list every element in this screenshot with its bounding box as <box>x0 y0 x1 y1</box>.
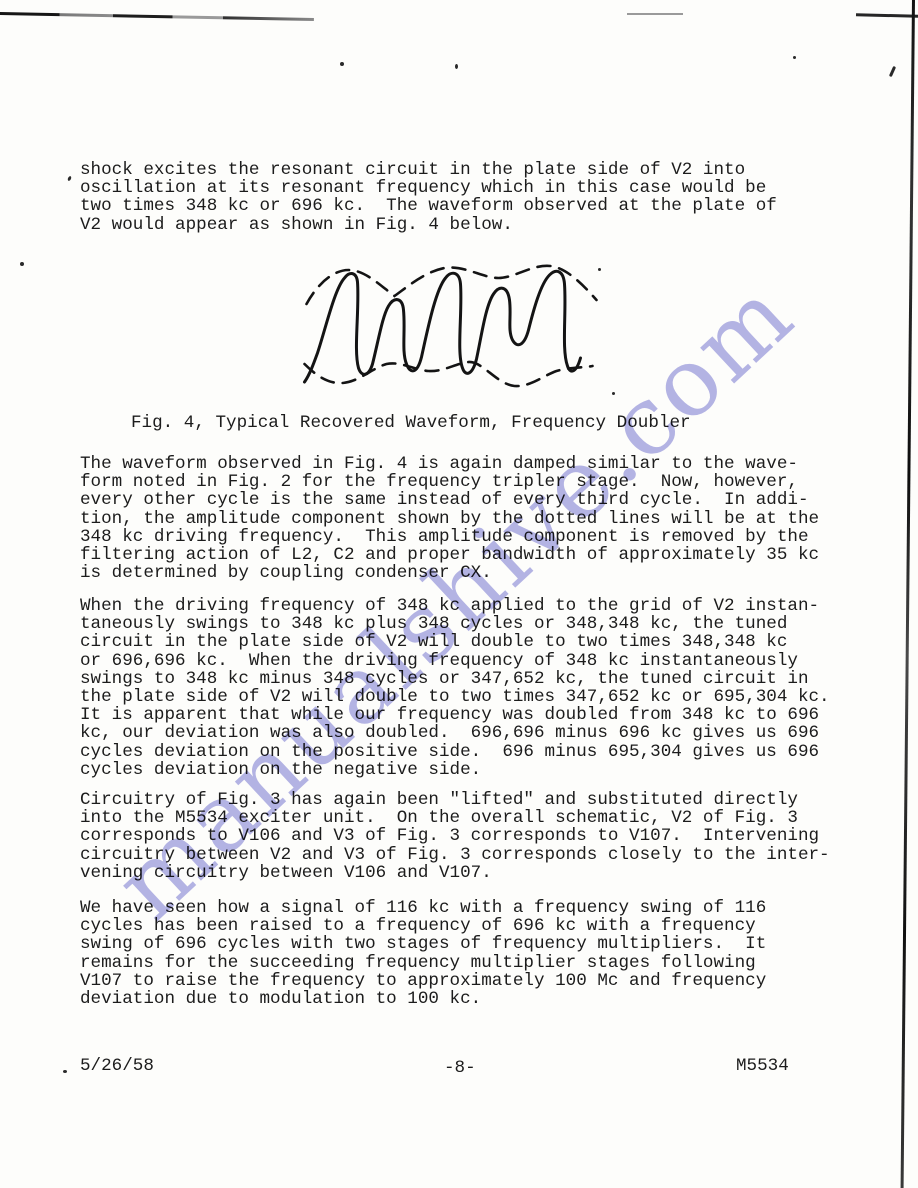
figure-waveform-sketch <box>280 254 645 404</box>
footer-page-number: -8- <box>444 1058 476 1078</box>
footer-doc-code: M5534 <box>736 1056 789 1076</box>
paragraph-circuitry: Circuitry of Fig. 3 has again been "lift… <box>80 791 830 882</box>
waveform-drawing <box>280 254 645 404</box>
scan-artifact-page-edge <box>901 0 915 1188</box>
figure-caption: Fig. 4, Typical Recovered Waveform, Freq… <box>131 414 691 432</box>
scanned-document-page: shock excites the resonant circuit in th… <box>0 0 918 1188</box>
scan-artifact-dash <box>627 13 683 15</box>
scan-speck <box>63 1070 67 1073</box>
paragraph-frequency-math: When the driving frequency of 348 kc app… <box>80 597 830 779</box>
waveform-lower-envelope-dashed <box>305 362 593 386</box>
scan-artifact-dash <box>856 13 918 18</box>
scan-speck <box>793 56 796 59</box>
paragraph-waveform-discussion: The waveform observed in Fig. 4 is again… <box>80 455 819 582</box>
scan-speck <box>20 262 24 266</box>
paragraph-summary: We have seen how a signal of 116 kc with… <box>80 899 766 1008</box>
scan-speck <box>455 64 458 69</box>
scan-artifact-top-streak <box>0 12 314 21</box>
paragraph-intro: shock excites the resonant circuit in th… <box>80 161 777 234</box>
scan-speck <box>340 62 344 66</box>
scan-speck <box>889 66 896 77</box>
footer-date: 5/26/58 <box>80 1056 154 1076</box>
scan-speck <box>67 176 72 182</box>
waveform-solid-trace <box>305 271 581 382</box>
